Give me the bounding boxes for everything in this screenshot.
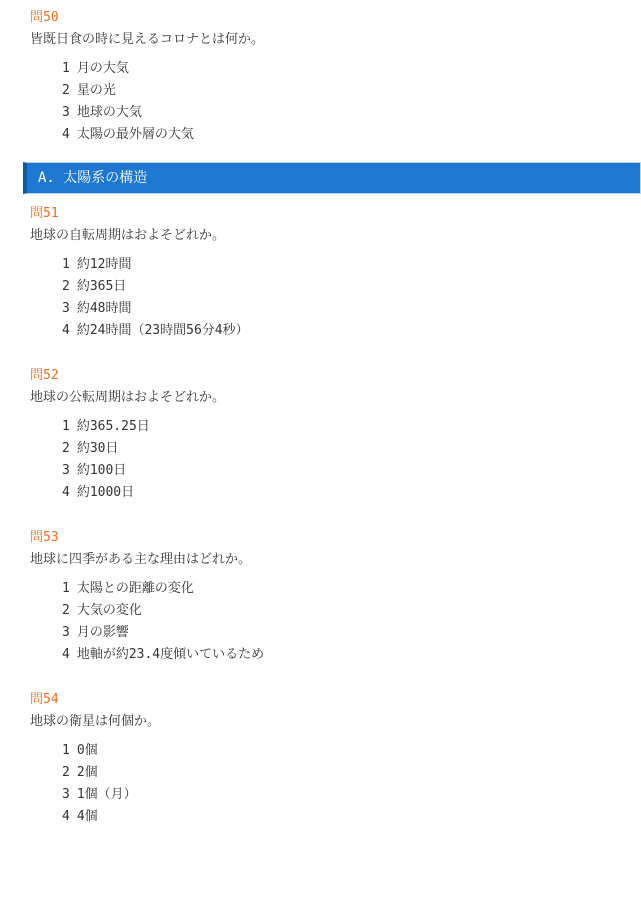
option-item: 2約365日: [62, 280, 641, 294]
option-number: 1: [62, 582, 70, 596]
option-number: 3: [62, 106, 70, 120]
option-number: 3: [62, 788, 70, 802]
option-text: 約24時間（23時間56分4秒）: [77, 323, 249, 338]
option-text: 大気の変化: [77, 603, 142, 618]
option-text: 地軸が約23.4度傾いているため: [77, 647, 264, 662]
option-item: 2約30日: [62, 442, 641, 456]
option-number: 4: [62, 324, 70, 338]
question-number: 問54: [30, 692, 641, 707]
options-list: 1太陽との距離の変化 2大気の変化 3月の影響 4地軸が約23.4度傾いているた…: [62, 582, 641, 662]
option-number: 3: [62, 626, 70, 640]
option-text: 太陽の最外層の大気: [77, 127, 194, 142]
question-number: 問53: [30, 530, 641, 545]
question-text: 皆既日食の時に見えるコロナとは何か。: [30, 32, 641, 47]
options-list: 1約365.25日 2約30日 3約100日 4約1000日: [62, 420, 641, 500]
section-header-bar: A. 太陽系の構造: [23, 162, 641, 194]
question-number: 問52: [30, 368, 641, 383]
question-text: 地球の公転周期はおよそどれか。: [30, 390, 641, 405]
option-item: 3約100日: [62, 464, 641, 478]
option-item: 22個: [62, 766, 641, 780]
option-item: 4約1000日: [62, 486, 641, 500]
option-number: 1: [62, 420, 70, 434]
option-text: 約365.25日: [77, 419, 150, 434]
question-block-50: 問50 皆既日食の時に見えるコロナとは何か。 1月の大気 2星の光 3地球の大気…: [30, 10, 641, 142]
option-number: 2: [62, 84, 70, 98]
question-text: 地球に四季がある主な理由はどれか。: [30, 552, 641, 567]
question-number: 問51: [30, 206, 641, 221]
option-item: 44個: [62, 810, 641, 824]
options-list: 1月の大気 2星の光 3地球の大気 4太陽の最外層の大気: [62, 62, 641, 142]
options-list: 10個 22個 31個（月） 44個: [62, 744, 641, 824]
quiz-page: 問50 皆既日食の時に見えるコロナとは何か。 1月の大気 2星の光 3地球の大気…: [0, 0, 641, 824]
option-text: 約1000日: [77, 485, 134, 500]
option-item: 31個（月）: [62, 788, 641, 802]
option-text: 4個: [77, 809, 98, 824]
option-text: 約48時間: [77, 301, 132, 316]
option-text: 約12時間: [77, 257, 132, 272]
option-number: 4: [62, 486, 70, 500]
option-text: 約100日: [77, 463, 126, 478]
option-text: 0個: [77, 743, 98, 758]
option-number: 2: [62, 766, 70, 780]
question-block-53: 問53 地球に四季がある主な理由はどれか。 1太陽との距離の変化 2大気の変化 …: [30, 530, 641, 662]
option-text: 地球の大気: [77, 105, 142, 120]
options-list: 1約12時間 2約365日 3約48時間 4約24時間（23時間56分4秒）: [62, 258, 641, 338]
option-item: 3月の影響: [62, 626, 641, 640]
option-text: 約30日: [77, 441, 119, 456]
option-number: 4: [62, 128, 70, 142]
option-text: 2個: [77, 765, 98, 780]
option-number: 3: [62, 464, 70, 478]
option-item: 2星の光: [62, 84, 641, 98]
option-text: 1個（月）: [77, 787, 137, 802]
option-number: 4: [62, 810, 70, 824]
option-item: 1太陽との距離の変化: [62, 582, 641, 596]
option-number: 4: [62, 648, 70, 662]
option-item: 4太陽の最外層の大気: [62, 128, 641, 142]
option-item: 1約12時間: [62, 258, 641, 272]
option-item: 4地軸が約23.4度傾いているため: [62, 648, 641, 662]
option-number: 1: [62, 258, 70, 272]
question-text: 地球の自転周期はおよそどれか。: [30, 228, 641, 243]
option-item: 2大気の変化: [62, 604, 641, 618]
option-text: 月の大気: [77, 61, 129, 76]
option-number: 1: [62, 62, 70, 76]
question-block-54: 問54 地球の衛星は何個か。 10個 22個 31個（月） 44個: [30, 692, 641, 824]
option-text: 星の光: [77, 83, 116, 98]
question-text: 地球の衛星は何個か。: [30, 714, 641, 729]
option-number: 2: [62, 442, 70, 456]
section-header-label: A. 太陽系の構造: [38, 170, 147, 186]
question-number: 問50: [30, 10, 641, 25]
option-text: 太陽との距離の変化: [77, 581, 194, 596]
option-item: 3地球の大気: [62, 106, 641, 120]
question-block-52: 問52 地球の公転周期はおよそどれか。 1約365.25日 2約30日 3約10…: [30, 368, 641, 500]
option-text: 月の影響: [77, 625, 129, 640]
question-block-51: 問51 地球の自転周期はおよそどれか。 1約12時間 2約365日 3約48時間…: [30, 206, 641, 338]
option-number: 3: [62, 302, 70, 316]
option-number: 1: [62, 744, 70, 758]
option-item: 4約24時間（23時間56分4秒）: [62, 324, 641, 338]
option-number: 2: [62, 280, 70, 294]
option-item: 10個: [62, 744, 641, 758]
option-item: 3約48時間: [62, 302, 641, 316]
option-item: 1月の大気: [62, 62, 641, 76]
option-number: 2: [62, 604, 70, 618]
option-text: 約365日: [77, 279, 126, 294]
option-item: 1約365.25日: [62, 420, 641, 434]
